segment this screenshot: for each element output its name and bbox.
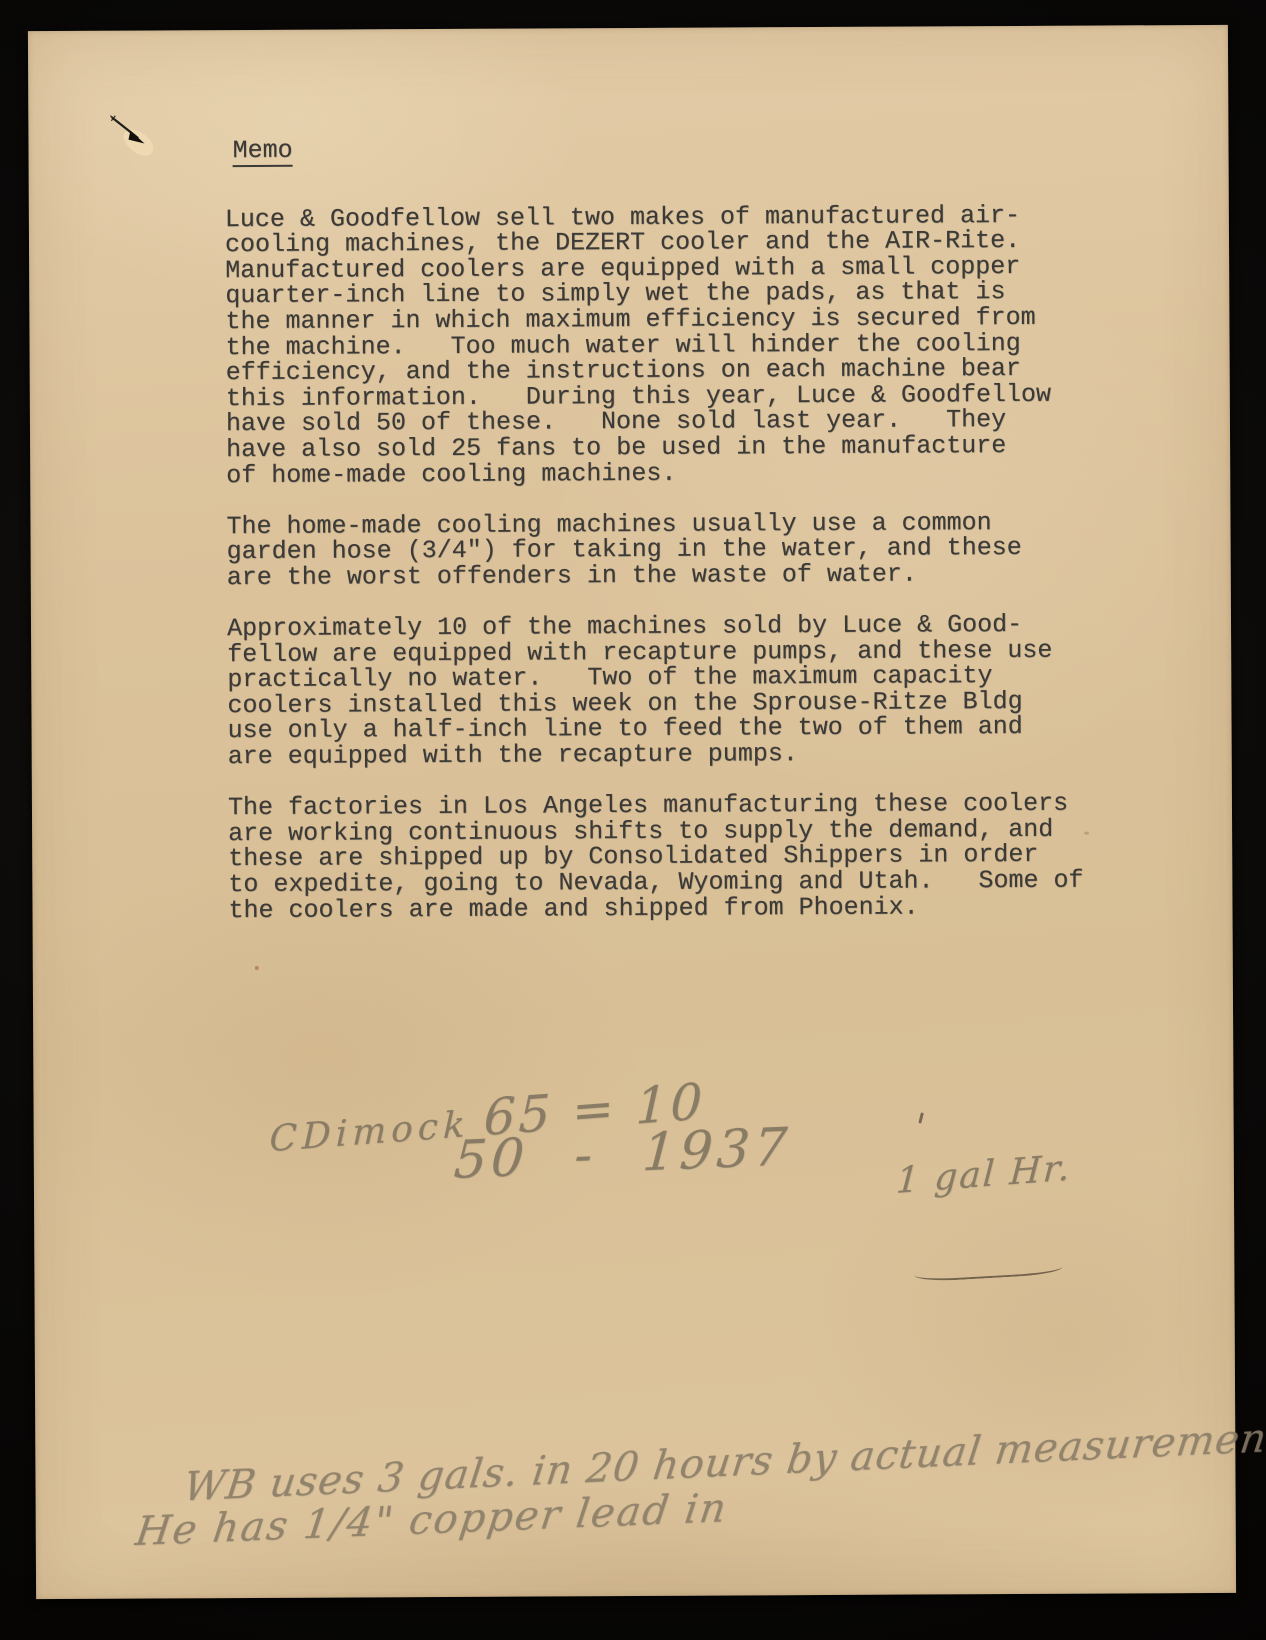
pencil-underline: [914, 1260, 1063, 1282]
pencil-note-year: 50 - 1937: [452, 1117, 793, 1191]
memo-paragraph-2: The home-made cooling machines usually u…: [226, 509, 1106, 590]
pencil-tick-mark: [918, 1112, 924, 1123]
photo-backdrop: Memo Luce & Goodfellow sell two makes of…: [0, 0, 1266, 1640]
paper-tear-mark: [104, 110, 168, 166]
memo-page: Memo Luce & Goodfellow sell two makes of…: [28, 25, 1236, 1599]
memo-body: Memo Luce & Goodfellow sell two makes of…: [224, 134, 1108, 949]
pencil-dimock-label: CDimock: [269, 1104, 470, 1160]
paper-speck: [1084, 832, 1089, 835]
memo-paragraph-1: Luce & Goodfellow sell two makes of manu…: [225, 202, 1106, 488]
memo-paragraph-3: Approximately 10 of the machines sold by…: [227, 612, 1108, 770]
memo-title: Memo: [232, 138, 292, 167]
paper-speck: [255, 966, 259, 970]
memo-paragraph-4: The factories in Los Angeles manufacturi…: [228, 791, 1109, 924]
pencil-note-gal-per-hr: 1 gal Hr.: [895, 1147, 1073, 1202]
tear-mark-graphic: [104, 110, 168, 166]
